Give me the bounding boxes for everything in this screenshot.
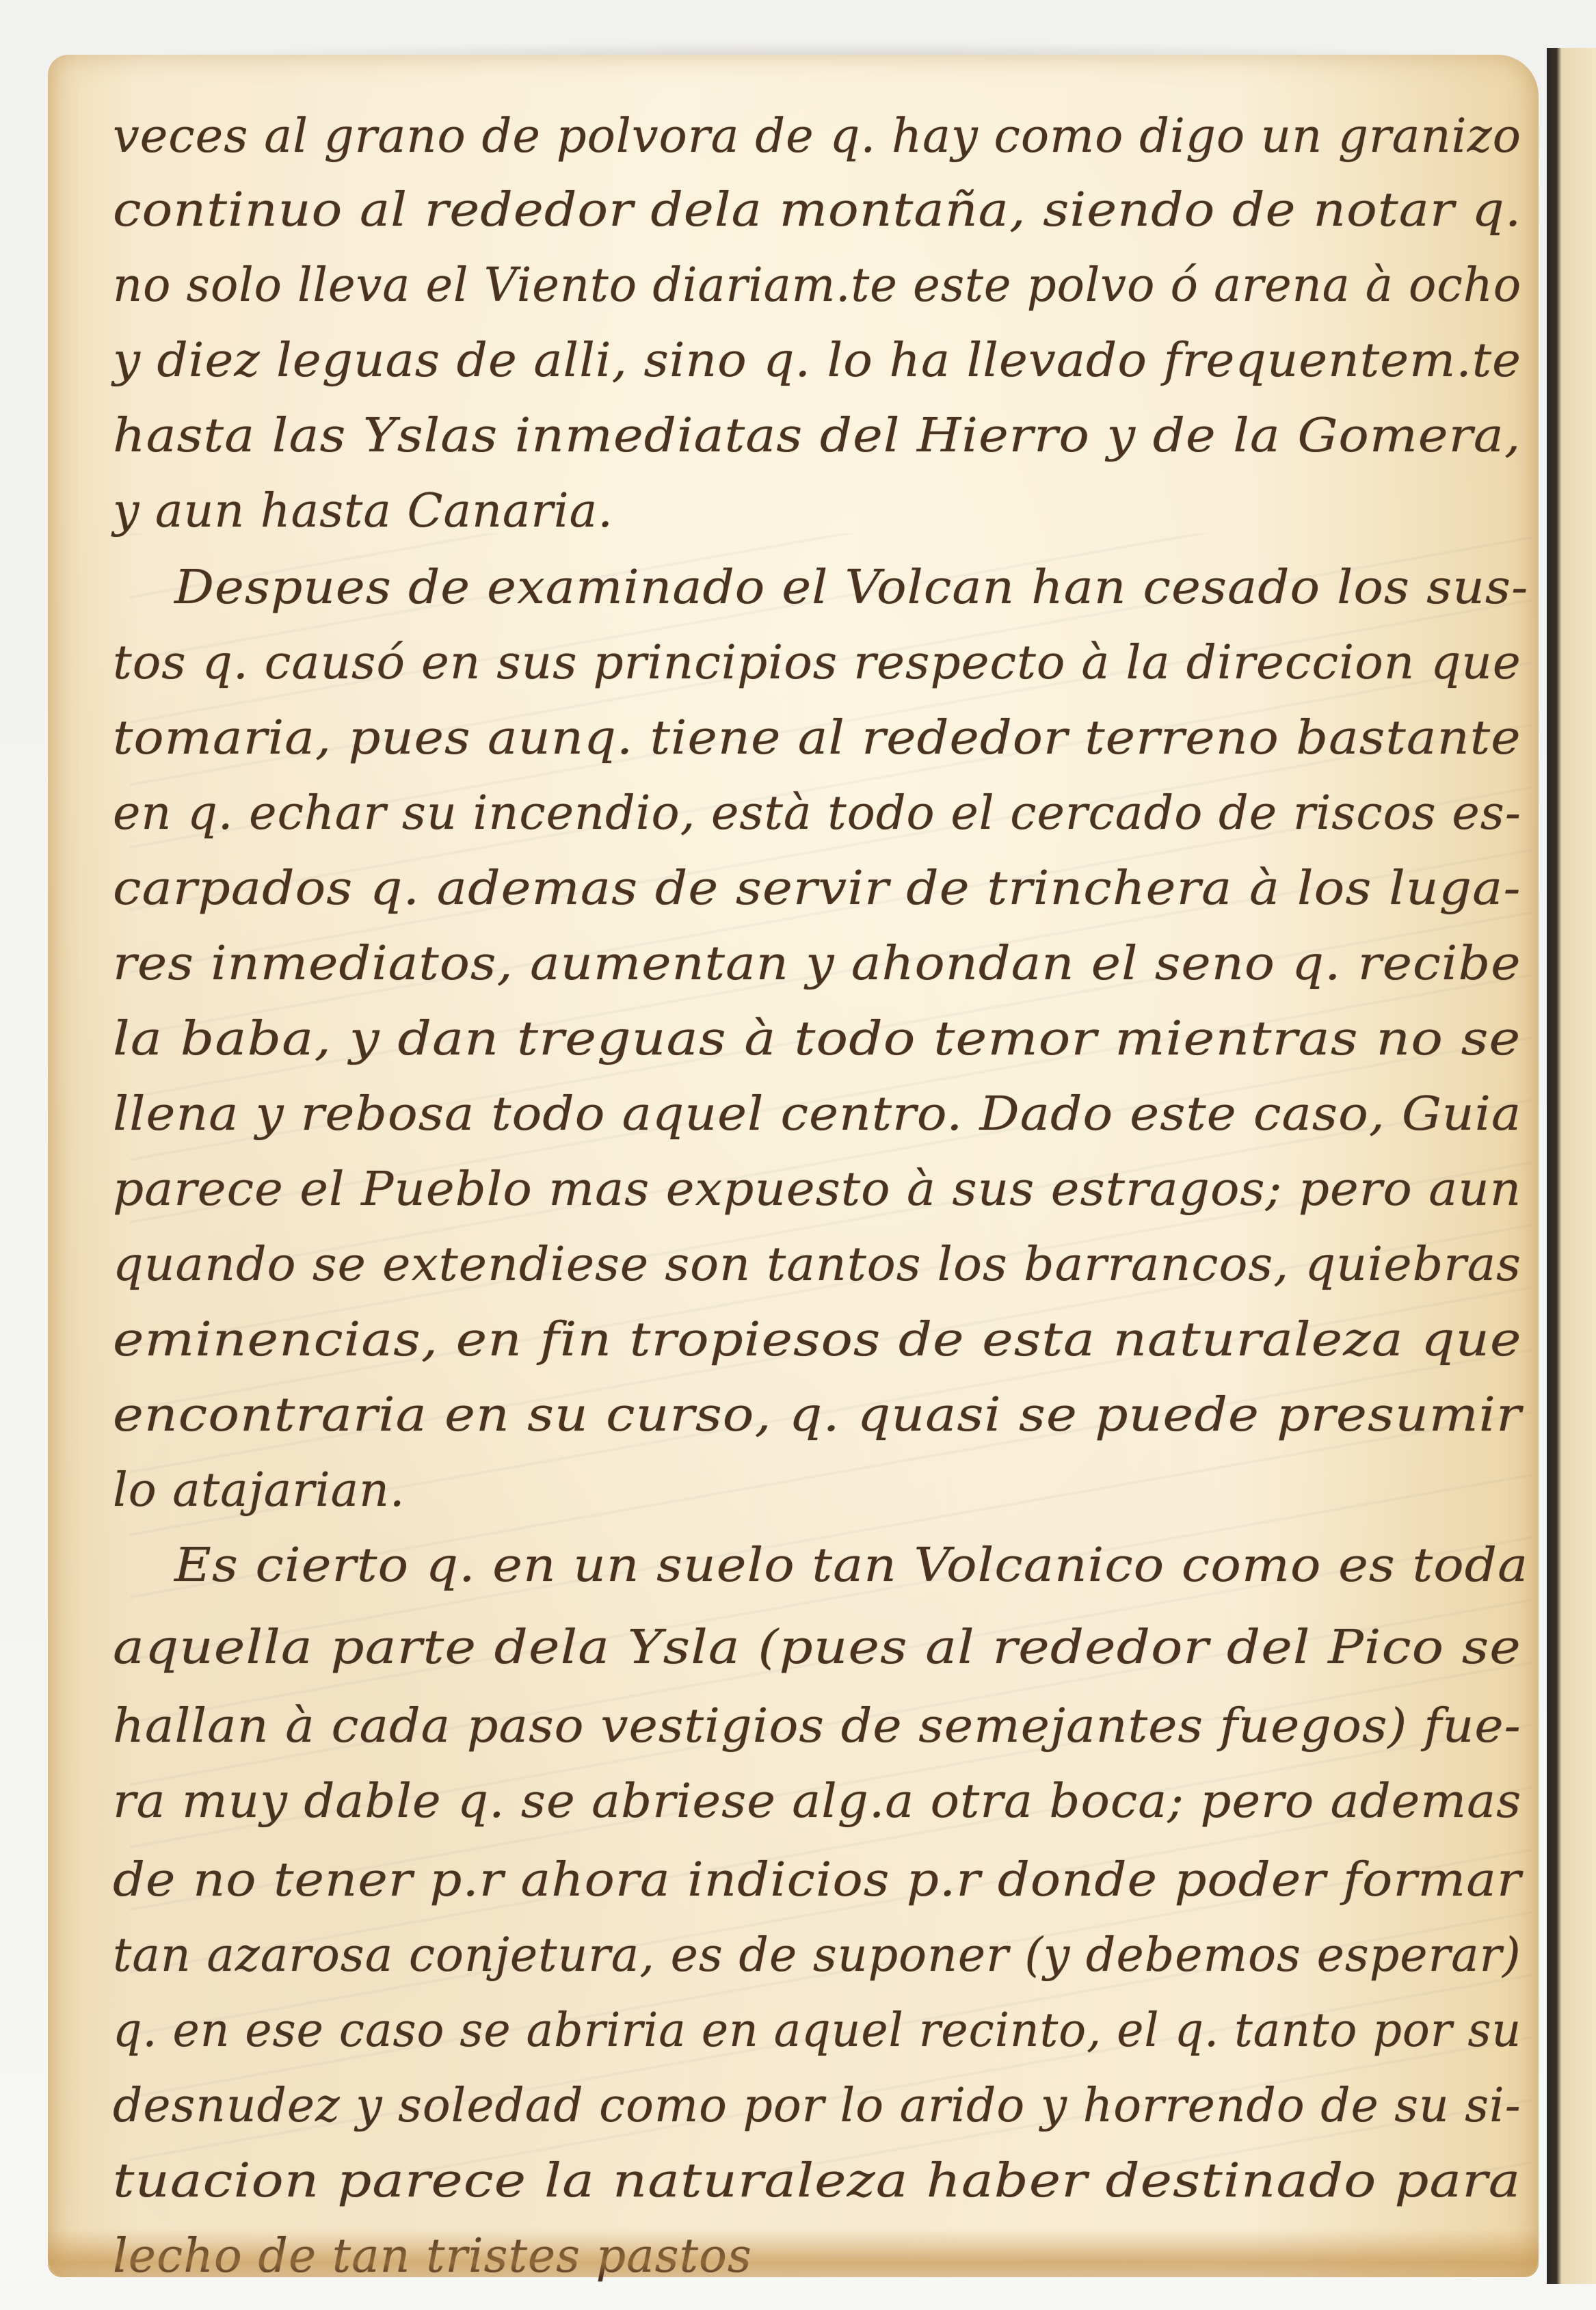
manuscript-line: carpados q. ademas de servir de trincher…: [113, 862, 1521, 916]
manuscript-line: lo atajarian.: [113, 1463, 405, 1517]
manuscript-line: tan azarosa conjetura, es de suponer (y …: [113, 1928, 1521, 1982]
manuscript-line: veces al grano de polvora de q. hay como…: [113, 109, 1521, 163]
manuscript-line: de no tener p.r ahora indicios p.r donde…: [113, 1853, 1521, 1907]
manuscript-line: continuo al rededor dela montaña, siendo…: [113, 183, 1521, 237]
manuscript-line: tomaria, pues aunq. tiene al rededor ter…: [113, 711, 1521, 765]
manuscript-line: aquella parte dela Ysla (pues al rededor…: [113, 1621, 1521, 1675]
manuscript-line: quando se extendiese son tantos los barr…: [113, 1238, 1521, 1292]
manuscript-line: en q. echar su incendio, està todo el ce…: [113, 786, 1521, 840]
manuscript-line: Es cierto q. en un suelo tan Volcanico c…: [174, 1539, 1528, 1593]
manuscript-line: q. en ese caso se abriria en aquel recin…: [113, 2004, 1521, 2058]
manuscript-line: la baba, y dan treguas à todo temor mien…: [113, 1012, 1521, 1066]
manuscript-line: Despues de examinado el Volcan han cesad…: [174, 561, 1528, 615]
manuscript-line: y diez leguas de alli, sino q. lo ha lle…: [113, 334, 1521, 388]
manuscript-line: hasta las Yslas inmediatas del Hierro y …: [113, 409, 1521, 463]
manuscript-line: encontraria en su curso, q. quasi se pue…: [113, 1388, 1521, 1442]
manuscript-line: y aun hasta Canaria.: [113, 484, 613, 538]
manuscript-line: parece el Pueblo mas expuesto à sus estr…: [113, 1163, 1521, 1217]
manuscript-line: eminencias, en fin tropiesos de esta nat…: [113, 1313, 1522, 1367]
manuscript-line: hallan à cada paso vestigios de semejant…: [113, 1699, 1521, 1753]
adjacent-page-edge: [1547, 48, 1596, 2284]
manuscript-line: desnudez y soledad como por lo arido y h…: [113, 2079, 1521, 2133]
manuscript-line: tuacion parece la naturaleza haber desti…: [113, 2154, 1521, 2208]
manuscript-line: tos q. causó en sus principios respecto …: [113, 636, 1521, 690]
manuscript-line: llena y rebosa todo aquel centro. Dado e…: [113, 1087, 1521, 1141]
manuscript-line: ra muy dable q. se abriese alg.a otra bo…: [113, 1775, 1521, 1829]
page-bottom-stain: [48, 2229, 1539, 2277]
manuscript-line: res inmediatos, aumentan y ahondan el se…: [113, 937, 1521, 991]
manuscript-scene: veces al grano de polvora de q. hay como…: [0, 0, 1596, 2310]
manuscript-line: no solo lleva el Viento diariam.te este …: [113, 258, 1521, 313]
manuscript-page: veces al grano de polvora de q. hay como…: [48, 55, 1539, 2277]
